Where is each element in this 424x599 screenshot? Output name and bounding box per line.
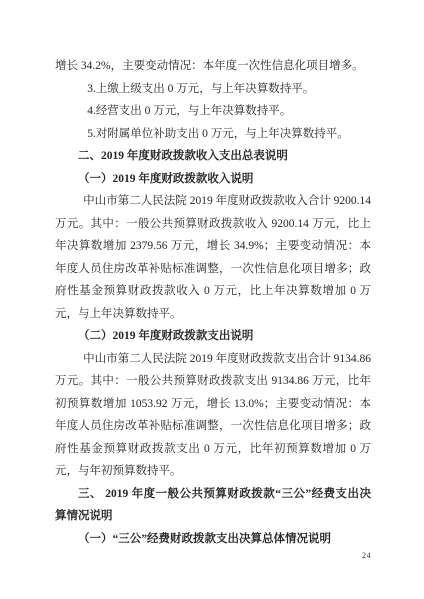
document-content: 增长 34.2%，主要变动情况：本年度一次性信息化项目增多。 3.上缴上级支出 …: [55, 55, 371, 550]
page-number: 24: [362, 551, 371, 561]
list-item-3-upward-payment: 3.上缴上级支出 0 万元，与上年决算数持平。: [55, 78, 371, 101]
list-item-4-operating-expense: 4.经营支出 0 万元，与上年决算数持平。: [55, 100, 371, 123]
list-item-5-subsidy-expense: 5.对附属单位补助支出 0 万元，与上年决算数持平。: [55, 123, 371, 146]
heading-section-2-2: （二）2019 年度财政拨款支出说明: [55, 325, 371, 348]
heading-section-2: 二、2019 年度财政拨款收入支出总表说明: [55, 145, 371, 168]
heading-section-3-1: （一）“三公”经费财政拨款支出决算总体情况说明: [55, 528, 371, 551]
paragraph-expenditure-detail: 中山市第二人民法院 2019 年度财政拨款支出合计 9134.86 万元。其中：…: [55, 348, 371, 483]
document-page: 增长 34.2%，主要变动情况：本年度一次性信息化项目增多。 3.上缴上级支出 …: [0, 0, 424, 599]
paragraph-growth-summary: 增长 34.2%，主要变动情况：本年度一次性信息化项目增多。: [55, 55, 371, 78]
heading-section-3: 三、 2019 年度一般公共预算财政拨款“三公”经费支出决算情况说明: [55, 483, 371, 528]
paragraph-income-detail: 中山市第二人民法院 2019 年度财政拨款收入合计 9200.14 万元。其中：…: [55, 190, 371, 325]
heading-section-2-1: （一）2019 年度财政拨款收入说明: [55, 168, 371, 191]
